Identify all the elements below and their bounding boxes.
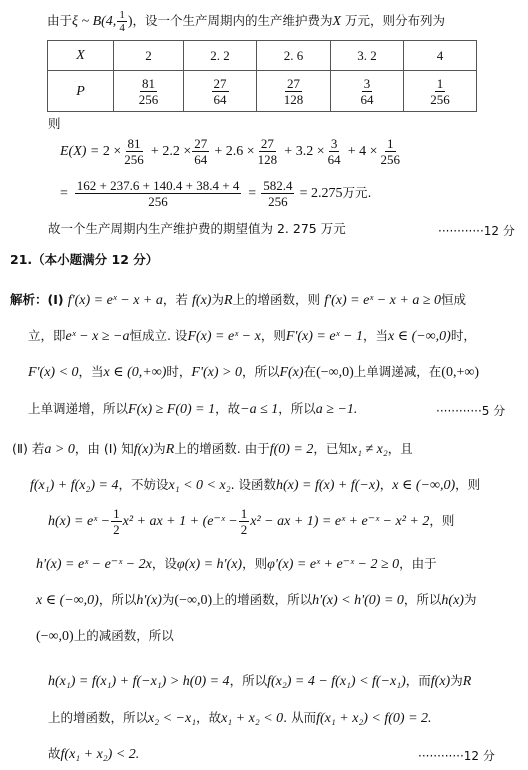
intro-prefix: 由于 [47,13,72,28]
p-cell: 81256 [114,71,184,112]
header-x: X [48,41,114,71]
expectation-line-1: E(X) = 2 ×81256 + 2.2 ×2764 + 2.6 ×27128… [60,136,403,167]
score-12-q21: ············12 分 [418,747,495,764]
score-5: ············5 分 [436,402,505,419]
p-cell: 2764 [184,71,257,112]
part2-line-7: h(x₁) = f(x₁) + f(−x₁) > h(0) = 4，所以f(x₂… [48,673,471,690]
intro-text: ，设一个生产周期内的生产维护费为 [132,13,332,28]
fraction: 364 [326,136,343,167]
part2-line-3: h(x) = eˣ −12x² + ax + 1 + (e⁻ˣ −12x² − … [48,506,454,537]
header-p: P [48,71,114,112]
fraction: 27128 [282,76,306,107]
distribution-table: X 2 2. 2 2. 6 3. 2 4 P 81256 2764 27128 … [47,40,477,112]
binomial-dist: ξ ~ B(4, [72,14,116,29]
fraction: 1256 [379,136,403,167]
table-row-x: X 2 2. 2 2. 6 3. 2 4 [48,41,477,71]
fraction: 364 [359,76,376,107]
p-cell: 1256 [404,71,477,112]
x-cell: 4 [404,41,477,71]
table-row-p: P 81256 2764 27128 364 1256 [48,71,477,112]
problem-21-title: 21.（本小题满分 12 分） [10,252,158,268]
fraction: 1256 [428,76,452,107]
p-cell: 364 [331,71,404,112]
fraction: 81256 [137,76,161,107]
expectation-line-2: = 162 + 237.6 + 140.4 + 38.4 + 4256 = 58… [60,178,372,209]
intro-line: 由于ξ ~ B(4,14)，设一个生产周期内的生产维护费为X 万元，则分布列为 [47,9,445,34]
x-cell: 2 [114,41,184,71]
x-cell: 2. 6 [257,41,331,71]
fraction: 27128 [256,136,280,167]
fraction: 81256 [122,136,146,167]
part2-line-2: f(x₁) + f(x₂) = 4，不妨设x₁ < 0 < x₂. 设函数h(x… [30,477,480,494]
x-cell: 2. 2 [184,41,257,71]
x-cell: 3. 2 [331,41,404,71]
part2-line-8: 上的增函数，所以x₂ < −x₁，故x₁ + x₂ < 0. 从而f(x₁ + … [48,710,432,727]
then-label: 则 [48,116,61,132]
part2-line-9: 故f(x₁ + x₂) < 2. [48,746,139,763]
part2-line-5: x ∈ (−∞,0)，所以h'(x)为(−∞,0)上的增函数，所以h'(x) <… [36,592,476,609]
part2-line-1: (Ⅱ) 若a > 0，由 (Ⅰ) 知f(x)为R上的增函数. 由于f(0) = … [12,441,413,458]
fraction: 12 [111,506,122,537]
part1-line-3: F'(x) < 0，当x ∈ (0,+∞)时，F'(x) > 0，所以F(x)在… [28,364,479,381]
fraction: 2764 [192,136,209,167]
fraction: 12 [239,506,250,537]
conclusion-20: 故一个生产周期内生产维护费的期望值为 2. 275 万元 [48,221,346,237]
part1-line-1: 解析：(Ⅰ) f'(x) = eˣ − x + a，若 f(x)为R上的增函数，… [10,292,466,309]
fraction: 162 + 237.6 + 140.4 + 38.4 + 4256 [73,178,243,209]
part2-line-6: (−∞,0)上的减函数，所以 [36,628,174,645]
fraction: 582.4256 [261,178,294,209]
part2-line-4: h'(x) = eˣ − e⁻ˣ − 2x，设φ(x) = h'(x)，则φ'(… [36,556,437,573]
score-12-q20: ············12 分 [438,222,515,239]
fraction: 2764 [212,76,229,107]
part1-line-4: 上单调递增，所以F(x) ≥ F(0) = 1，故−a ≤ 1，所以a ≥ −1… [28,401,357,418]
p-cell: 27128 [257,71,331,112]
part1-line-2: 立，即eˣ − x ≥ −a恒成立. 设F(x) = eˣ − x，则F'(x)… [28,328,476,345]
fraction: 14 [117,9,127,34]
